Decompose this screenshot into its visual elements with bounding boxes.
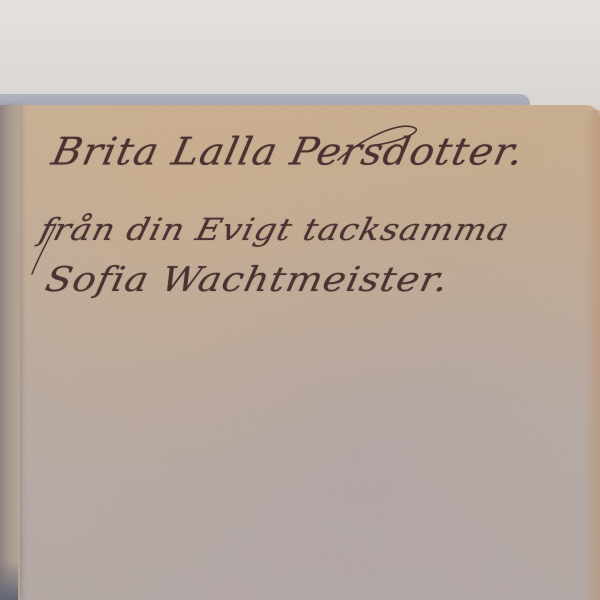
inscription-line-signature: Sofia Wachtmeister. <box>42 259 453 299</box>
inscription-line-recipient: Brita Lalla Persdotter. <box>48 130 528 174</box>
handwritten-inscription: Brita Lalla Persdotter. från din Evigt t… <box>0 0 600 600</box>
inscription-line-from: från din Evigt tacksamma <box>36 212 513 248</box>
photo-scene: Brita Lalla Persdotter. från din Evigt t… <box>0 0 600 600</box>
